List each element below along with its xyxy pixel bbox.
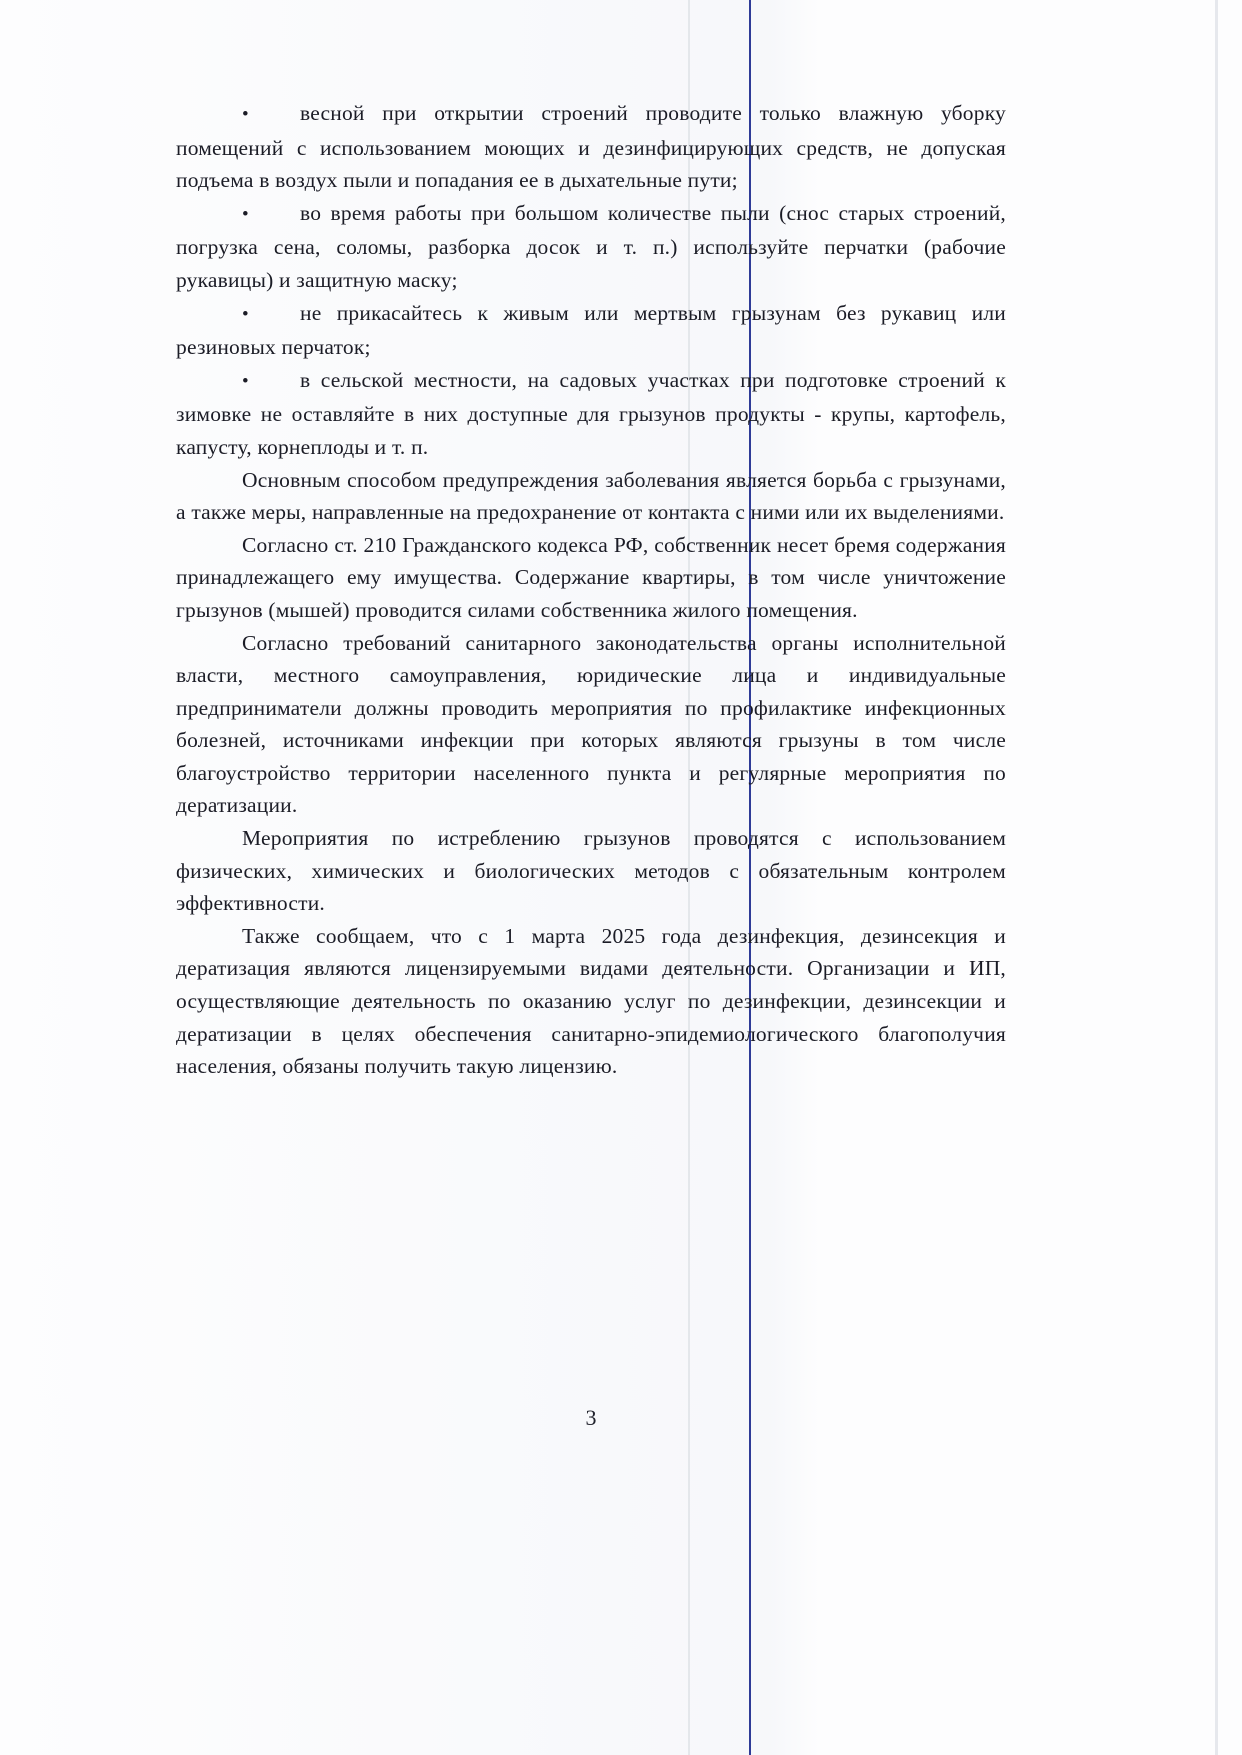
bullet-text: не прикасайтесь к живым или мертвым грыз…	[176, 301, 1006, 360]
bullet-icon: •	[242, 199, 300, 232]
paragraph: Основным способом предупреждения заболев…	[176, 464, 1006, 529]
page-number: 3	[176, 1405, 1006, 1431]
paragraph: Также сообщаем, что с 1 марта 2025 года …	[176, 920, 1006, 1083]
paragraph: Согласно требований санитарного законода…	[176, 627, 1006, 823]
scanned-page: •весной при открытии строений проводите …	[0, 0, 1242, 1755]
bullet-item: •весной при открытии строений проводите …	[176, 97, 1006, 197]
bullet-text: во время работы при большом количестве п…	[176, 201, 1006, 292]
document-body: •весной при открытии строений проводите …	[176, 97, 1006, 1083]
scan-fold-line-right	[1215, 0, 1218, 1755]
paragraph: Согласно ст. 210 Гражданского кодекса РФ…	[176, 529, 1006, 627]
bullet-icon: •	[242, 99, 300, 132]
bullet-text: в сельской местности, на садовых участка…	[176, 368, 1006, 459]
bullet-item: •не прикасайтесь к живым или мертвым гры…	[176, 297, 1006, 364]
bullet-icon: •	[242, 366, 300, 399]
bullet-item: •во время работы при большом количестве …	[176, 197, 1006, 297]
bullet-item: •в сельской местности, на садовых участк…	[176, 364, 1006, 464]
bullet-text: весной при открытии строений проводите т…	[176, 101, 1006, 192]
paragraph: Мероприятия по истреблению грызунов пров…	[176, 822, 1006, 920]
bullet-icon: •	[242, 299, 300, 332]
